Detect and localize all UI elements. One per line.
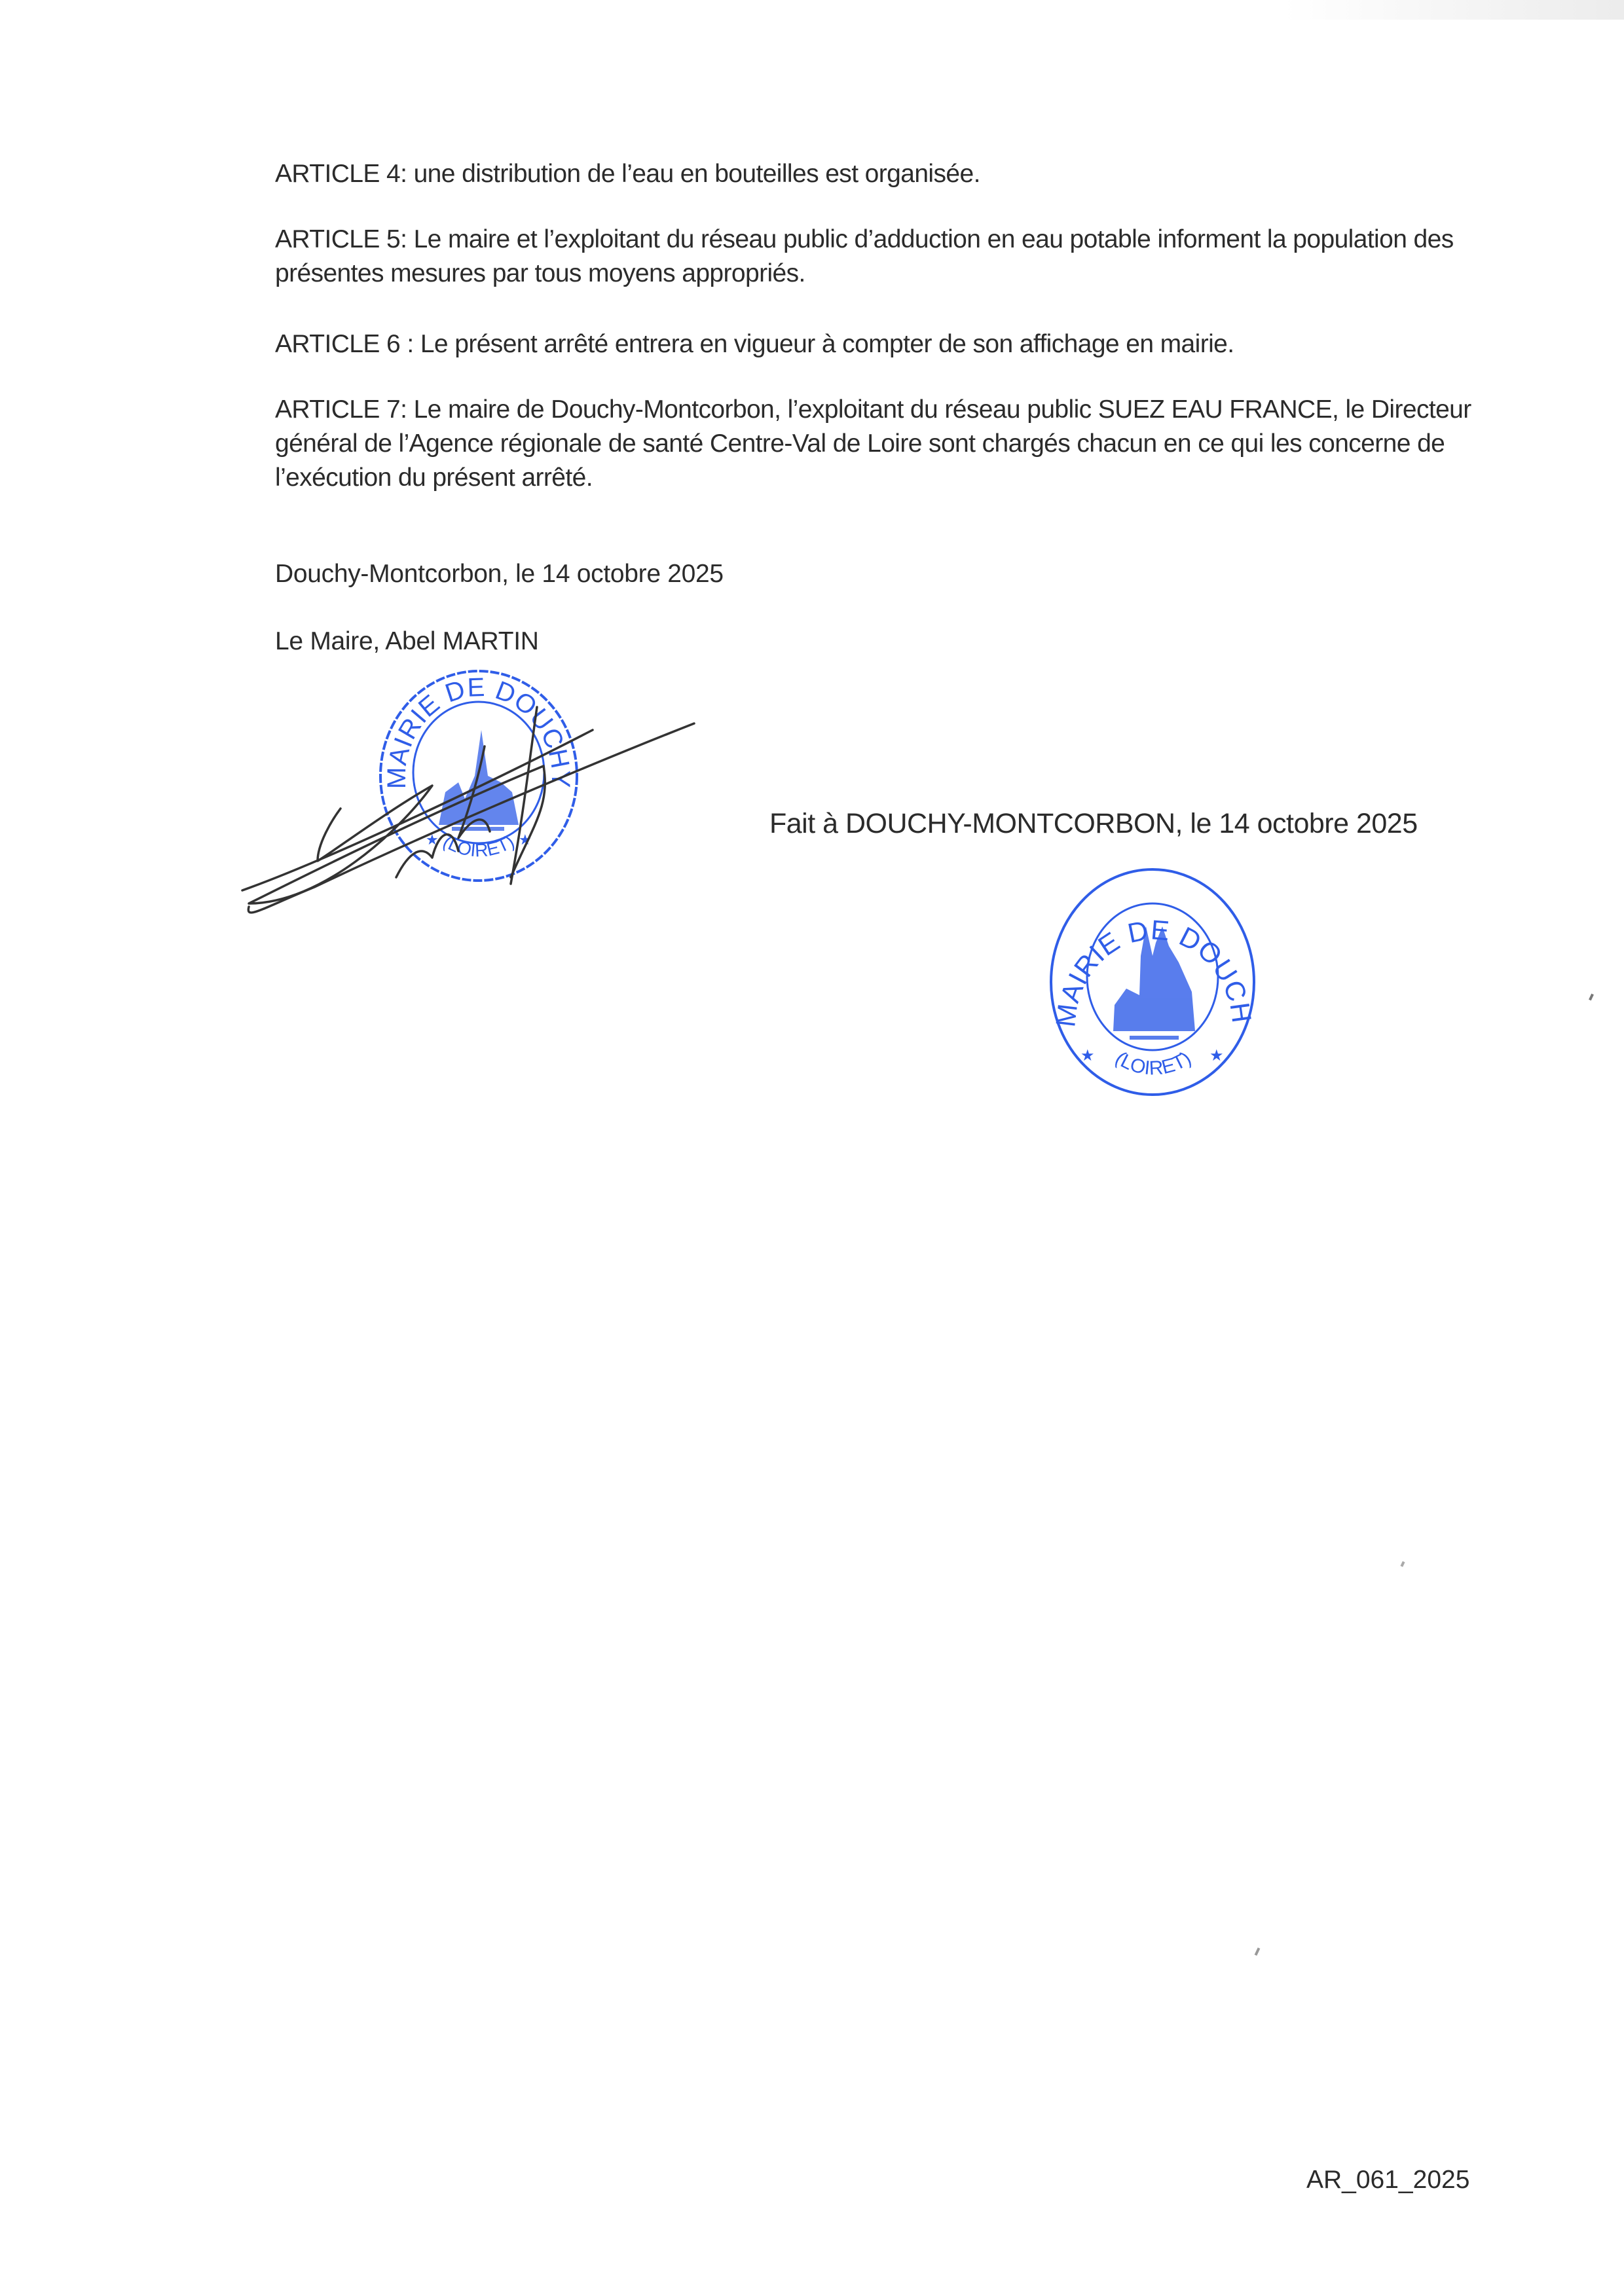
signatory: Le Maire, Abel MARTIN (275, 627, 539, 656)
article-4: ARTICLE 4: une distribution de l’eau en … (275, 157, 1519, 191)
mairie-stamp-icon: MAIRIE DE DOUCHY-MONTCORBON (LOIRET) ★ ★ (1041, 864, 1264, 1100)
reference-number: AR_061_2025 (1306, 2166, 1469, 2195)
svg-text:(LOIRET): (LOIRET) (1111, 1048, 1195, 1080)
scan-speck (1255, 1948, 1261, 1956)
scan-speck (1400, 1561, 1405, 1567)
fait-a-line: Fait à DOUCHY-MONTCORBON, le 14 octobre … (769, 808, 1418, 840)
scan-edge-shadow (1283, 0, 1624, 20)
svg-text:★: ★ (1209, 1047, 1224, 1065)
scan-speck (1589, 994, 1594, 1001)
article-7: ARTICLE 7: Le maire de Douchy-Montcorbon… (275, 393, 1519, 495)
svg-text:★: ★ (1080, 1047, 1095, 1065)
signature-icon (236, 681, 707, 923)
article-5: ARTICLE 5: Le maire et l’exploitant du r… (275, 223, 1519, 291)
place-date: Douchy-Montcorbon, le 14 octobre 2025 (275, 560, 724, 589)
article-6: ARTICLE 6 : Le présent arrêté entrera en… (275, 327, 1519, 361)
